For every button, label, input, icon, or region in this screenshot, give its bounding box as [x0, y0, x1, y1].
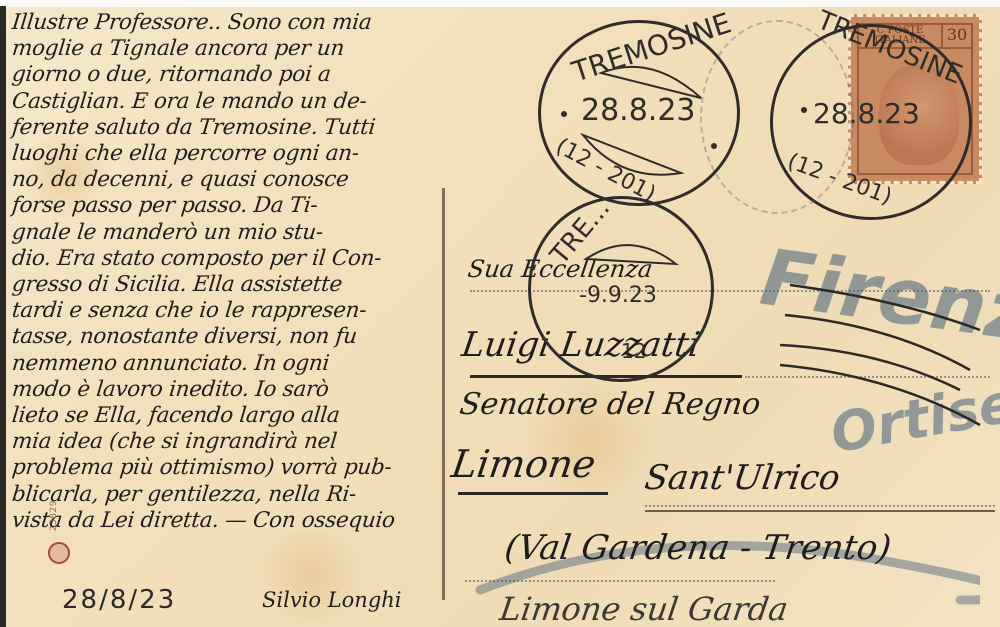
- message-signature: Silvio Longhi: [262, 588, 402, 612]
- message-line: no, da decenni, e quasi conosce: [11, 167, 439, 193]
- address-place-forwarded: Sant'Ulrico: [642, 458, 842, 498]
- message-line: nemmeno annunciato. In ogni: [11, 351, 439, 377]
- message-line: Illustre Professore.. Sono con mia: [11, 10, 439, 36]
- message-line: forse passo per passo. Da Ti-: [11, 193, 439, 219]
- center-divider: [442, 188, 445, 600]
- publisher-seal-icon: [48, 542, 70, 564]
- postmark-ghost: [700, 20, 854, 214]
- message-text: Illustre Professore.. Sono con miamoglie…: [12, 10, 437, 534]
- address-region: (Val Gardena - Trento): [502, 528, 893, 568]
- scan-left-edge: [0, 6, 6, 627]
- message-line: Castiglian. E ora le mando un de-: [11, 89, 439, 115]
- place-underline: [458, 492, 608, 495]
- message-line: tardi e senza che io le rappresen-: [11, 298, 439, 324]
- message-line: dio. Era stato composto per il Con-: [11, 246, 439, 272]
- message-line: moglie a Tignale ancora per un: [11, 36, 439, 62]
- address-title: Senatore del Regno: [458, 387, 763, 422]
- message-line: problema più ottimismo) vorrà pub-: [11, 455, 439, 481]
- scan-top-border: [0, 0, 1000, 7]
- address-place-original-full: Limone sul Garda: [497, 590, 790, 627]
- message-line: giorno o due, ritornando poi a: [11, 62, 439, 88]
- postmark-3: TRE... -9.9.23 12: [528, 196, 714, 382]
- message-line: luoghi che ella percorre ogni an-: [11, 141, 439, 167]
- message-line: mia idea (che si ingrandirà nel: [11, 429, 439, 455]
- postcard: Illustre Professore.. Sono con miamoglie…: [0, 0, 1000, 627]
- message-line: blicarla, per gentilezza, nella Ri-: [11, 482, 439, 508]
- message-line: ferente saluto da Tremosine. Tutti: [11, 115, 439, 141]
- message-line: gresso di Sicilia. Ella assistette: [11, 272, 439, 298]
- message-line: lieto se Ella, facendo largo alla: [11, 403, 439, 429]
- strike-lines: [780, 270, 1000, 450]
- message-date: 28/8/23: [62, 585, 176, 615]
- message-line: vista da Lei diretta. — Con ossequio: [11, 508, 439, 534]
- stamp-value: 30: [941, 25, 971, 47]
- message-line: modo è lavoro inedito. Io sarò: [11, 377, 439, 403]
- address-place-original: Limone: [449, 442, 598, 486]
- publisher-serial: 23829: [49, 500, 59, 531]
- message-line: gnale le manderò un mio stu-: [11, 220, 439, 246]
- message-line: tasse, nonostante diversi, non fu: [11, 324, 439, 350]
